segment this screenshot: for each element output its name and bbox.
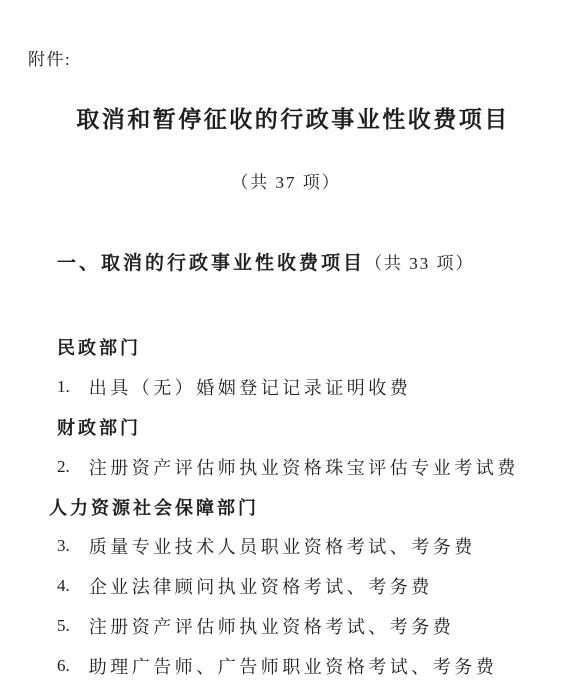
fee-list: 民政部门 1. 出具（无）婚姻登记记录证明收费 财政部门 2. 注册资产评估师执… (57, 327, 576, 686)
section-heading-text: 一、取消的行政事业性收费项目 (57, 253, 365, 274)
item-number: 1. (57, 377, 70, 397)
item-text: 质量专业技术人员职业资格考试、考务费 (89, 533, 476, 559)
item-text: 注册资产评估师执业资格考试、考务费 (89, 613, 455, 639)
fee-item-row: 5. 注册资产评估师执业资格考试、考务费 (57, 606, 576, 646)
section-heading: 一、取消的行政事业性收费项目（共 33 项） (57, 251, 475, 277)
document-title: 取消和暂停征收的行政事业性收费项目 (0, 103, 586, 137)
item-number: 5. (57, 616, 70, 636)
section-count: （共 33 项） (365, 254, 475, 273)
fee-item-row: 6. 助理广告师、广告师职业资格考试、考务费 (57, 646, 576, 686)
item-number: 3. (57, 536, 70, 556)
item-text: 民政部门 (57, 334, 141, 360)
department-row: 民政部门 (57, 327, 576, 367)
fee-item-row: 2. 注册资产评估师执业资格珠宝评估专业考试费 (57, 447, 576, 487)
item-text: 财政部门 (57, 414, 141, 440)
document-page: 附件: 取消和暂停征收的行政事业性收费项目 （共 37 项） 一、取消的行政事业… (0, 0, 586, 689)
item-text: 出具（无）婚姻登记记录证明收费 (89, 374, 412, 400)
item-number: 4. (57, 576, 70, 596)
attachment-label: 附件: (28, 45, 71, 70)
item-text: 助理广告师、广告师职业资格考试、考务费 (89, 653, 498, 679)
fee-item-row: 3. 质量专业技术人员职业资格考试、考务费 (57, 526, 576, 566)
item-text: 企业法律顾问执业资格考试、考务费 (89, 573, 433, 599)
item-text: 注册资产评估师执业资格珠宝评估专业考试费 (89, 454, 519, 480)
department-row: 财政部门 (57, 407, 576, 447)
item-text: 人力资源社会保障部门 (49, 494, 259, 520)
item-number: 6. (57, 656, 70, 676)
total-count-subtitle: （共 37 项） (0, 170, 572, 196)
fee-item-row: 4. 企业法律顾问执业资格考试、考务费 (57, 566, 576, 606)
item-number: 2. (57, 457, 70, 477)
department-row: 人力资源社会保障部门 (49, 487, 576, 527)
fee-item-row: 1. 出具（无）婚姻登记记录证明收费 (57, 367, 576, 407)
